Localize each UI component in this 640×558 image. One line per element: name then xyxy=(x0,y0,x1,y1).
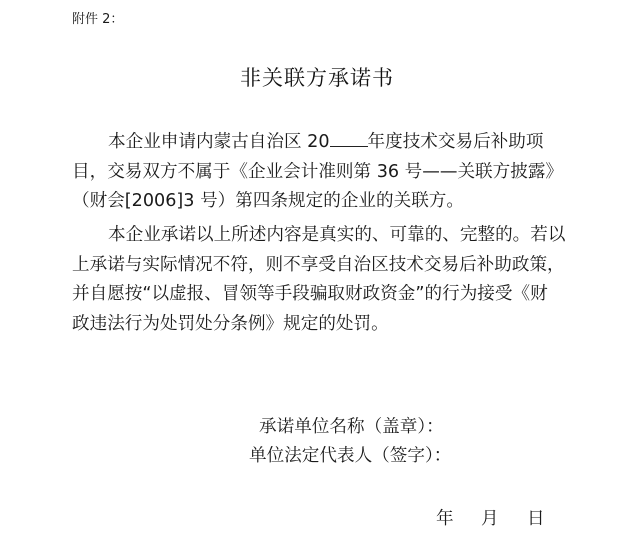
paragraph-line: 并自愿按“以虚报、冒领等手段骗取财政资金”的行为接受《财 xyxy=(72,280,564,310)
paragraph-line: 目，交易双方不属于《企业会计准则第 36 号——关联方披露》 xyxy=(72,158,564,188)
legal-rep-signature-label: 单位法定代表人（签字）： xyxy=(249,442,451,467)
date-year-label: 年 xyxy=(436,505,454,530)
date-day-label: 日 xyxy=(527,505,545,530)
company-seal-label: 承诺单位名称（盖章）： xyxy=(259,413,444,438)
paragraph-commitment: 本企业承诺以上所述内容是真实的、可靠的、完整的。若以 上承诺与实际情况不符，则不… xyxy=(72,221,564,339)
paragraph-line: （财会[2006]3 号）第四条规定的企业的关联方。 xyxy=(72,187,564,217)
paragraph-line: 本企业承诺以上所述内容是真实的、可靠的、完整的。若以 xyxy=(72,221,564,251)
attachment-label: 附件 2： xyxy=(72,8,123,27)
paragraph-line: 政违法行为处罚处分条例》规定的处罚。 xyxy=(72,310,564,340)
document-title: 非关联方承诺书 xyxy=(0,62,634,92)
paragraph-line: 本企业申请内蒙古自治区 20年度技术交易后补助项 xyxy=(72,128,564,158)
paragraph-application: 本企业申请内蒙古自治区 20年度技术交易后补助项 目，交易双方不属于《企业会计准… xyxy=(72,128,564,217)
text-segment: 年度技术交易后补助项 xyxy=(368,132,544,152)
text-segment: 本企业申请内蒙古自治区 20 xyxy=(108,132,330,152)
date-month-label: 月 xyxy=(481,505,499,530)
year-blank-field xyxy=(330,128,368,147)
paragraph-line: 上承诺与实际情况不符，则不享受自治区技术交易后补助政策， xyxy=(72,251,564,281)
